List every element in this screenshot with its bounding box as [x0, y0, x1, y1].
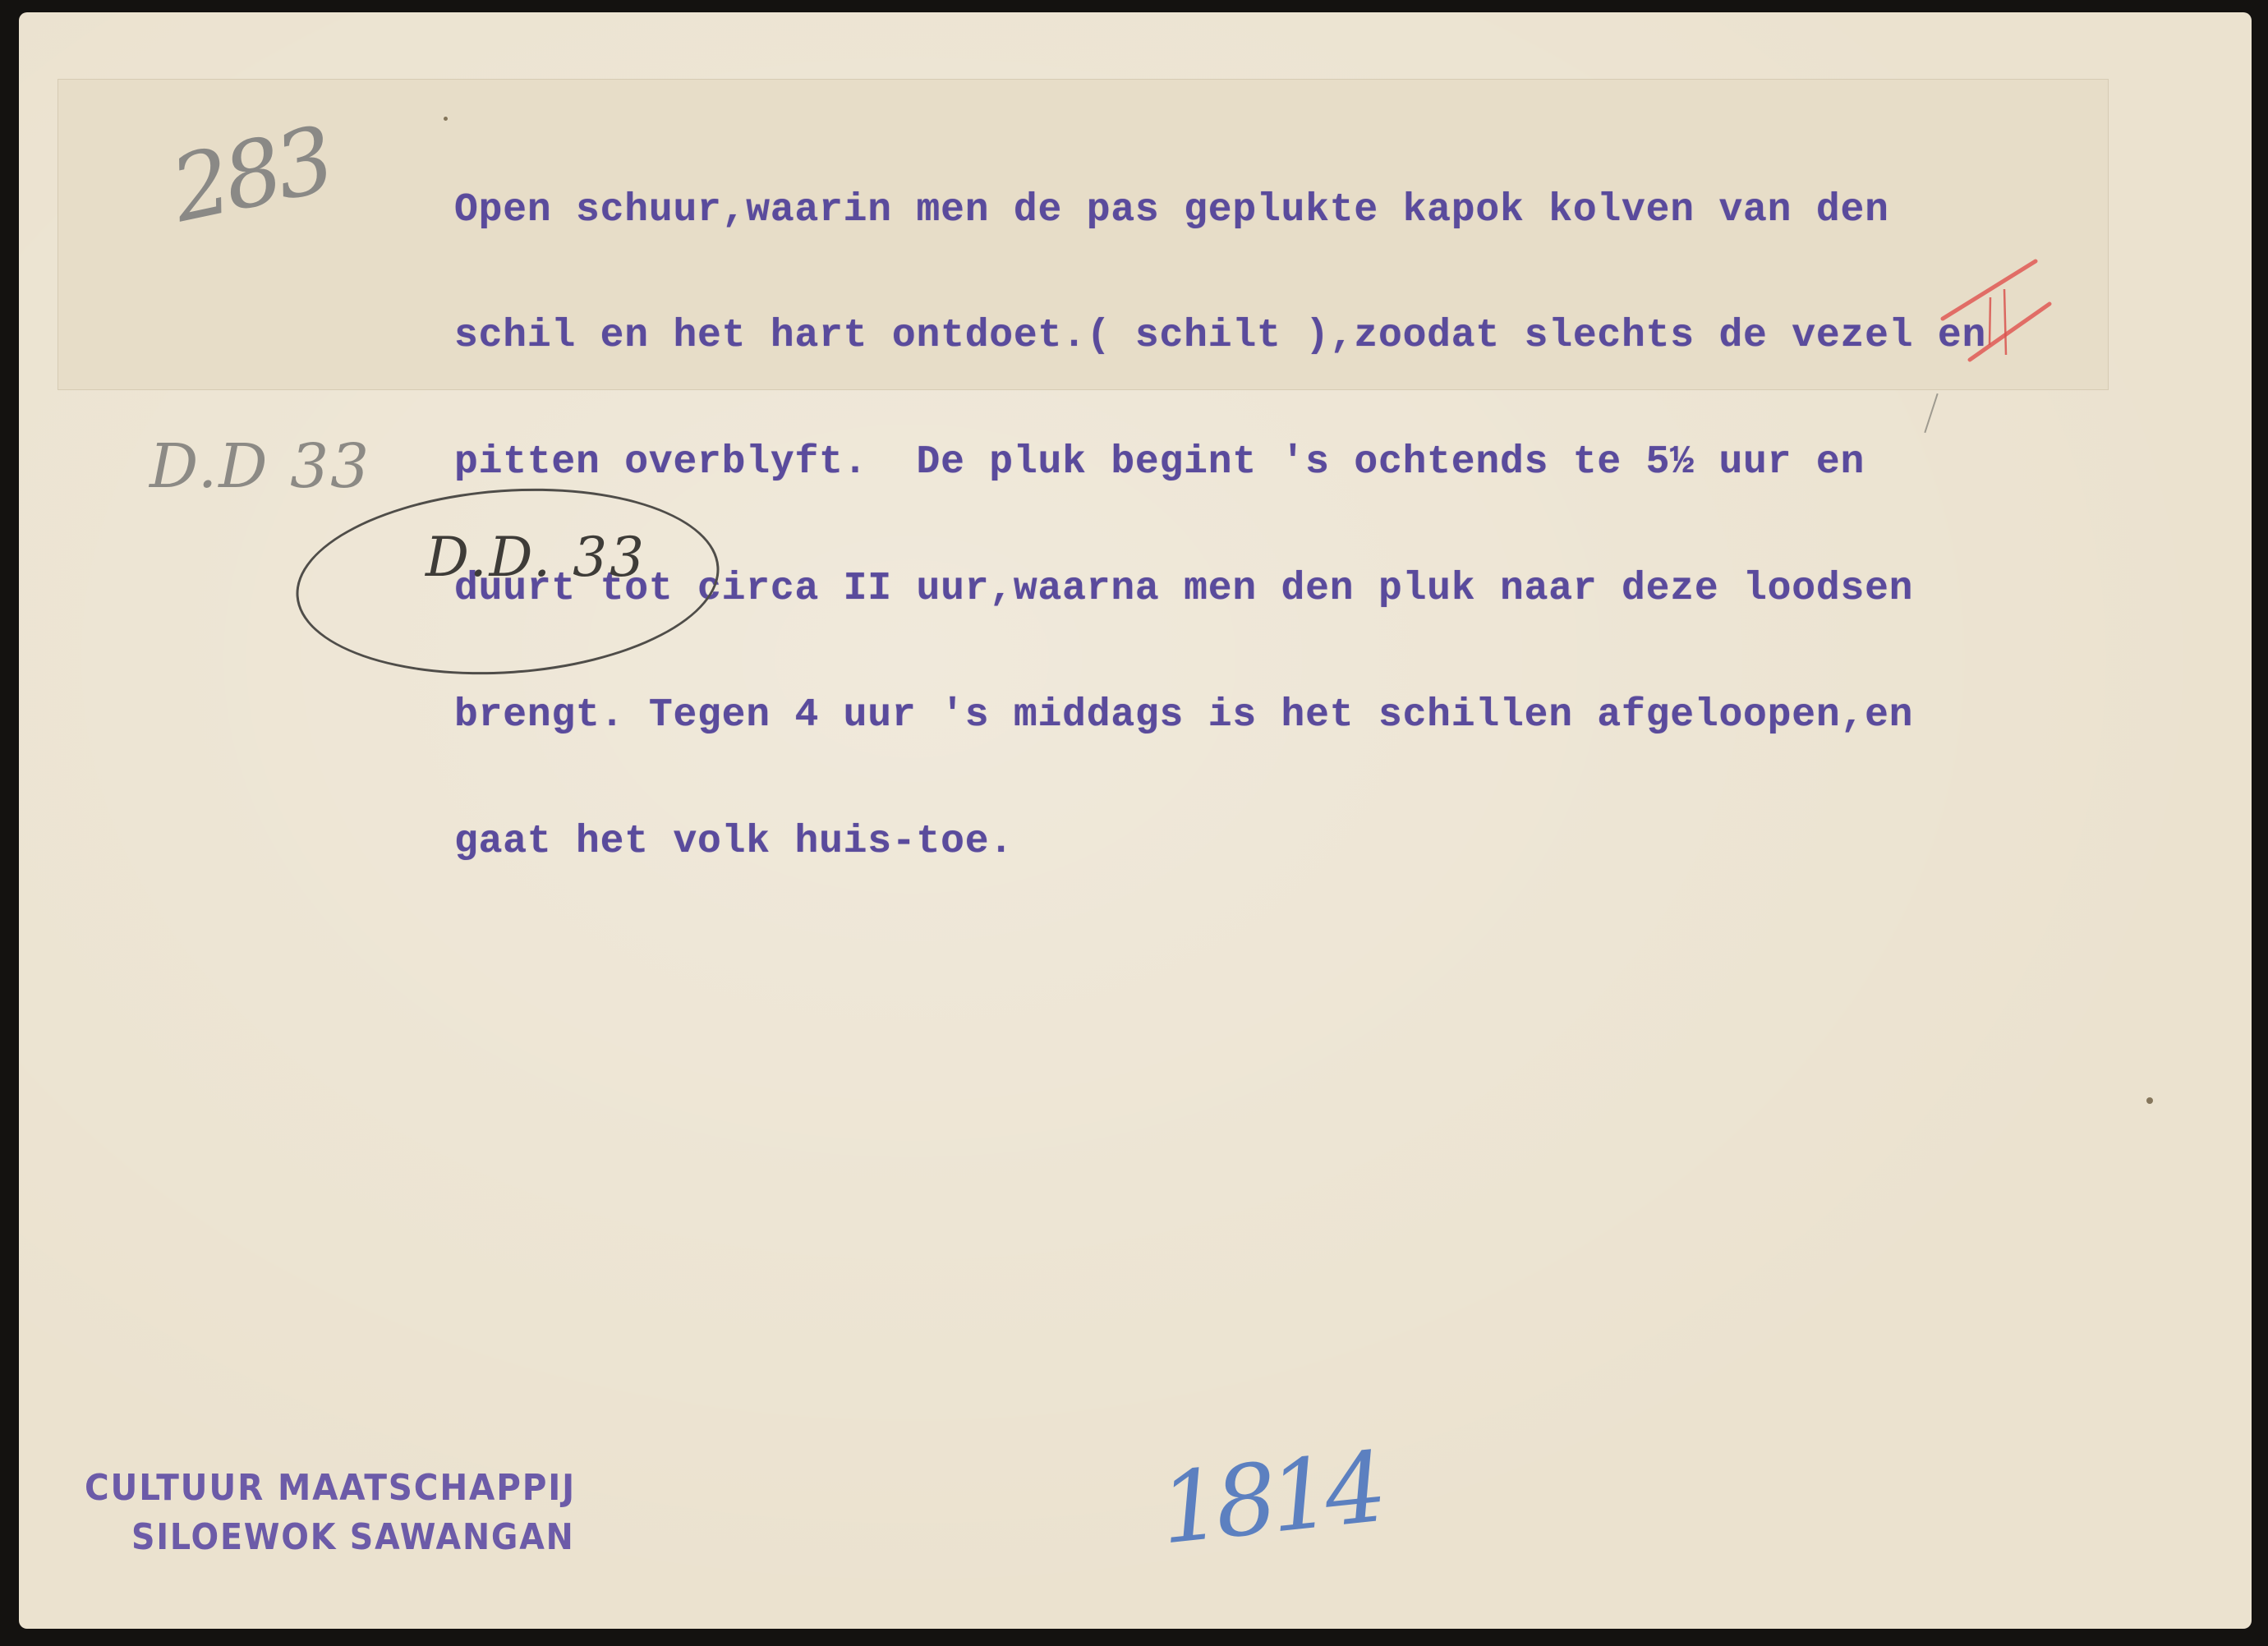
- blue-pencil-number: 1814: [1155, 1430, 1386, 1566]
- paper-speck: [444, 117, 448, 121]
- stamp-line-location: SILOEWOK SAWANGAN: [131, 1516, 575, 1558]
- caption-line: gaat het volk huis-toe.: [454, 821, 1986, 863]
- caption-line: schil en het hart ontdoet.( schilt ),zoo…: [454, 315, 1986, 357]
- caption-line: pitten overblyft. De pluk begint 's ocht…: [454, 442, 1986, 484]
- caption-line: brengt. Tegen 4 uur 's middags is het sc…: [454, 695, 1986, 737]
- caption-line: Open schuur,waarin men de pas geplukte k…: [454, 190, 1986, 232]
- red-pencil-mark-icon: [1939, 255, 2054, 366]
- typed-caption: Open schuur,waarin men de pas geplukte k…: [454, 105, 1986, 906]
- pencil-code-annotation: D.D 33: [150, 431, 370, 502]
- stamp-line-company: CULTUUR MAATSCHAPPIJ: [85, 1467, 576, 1509]
- circled-code-annotation: D.D. 33: [426, 526, 646, 589]
- paper-speck: [2146, 1097, 2153, 1104]
